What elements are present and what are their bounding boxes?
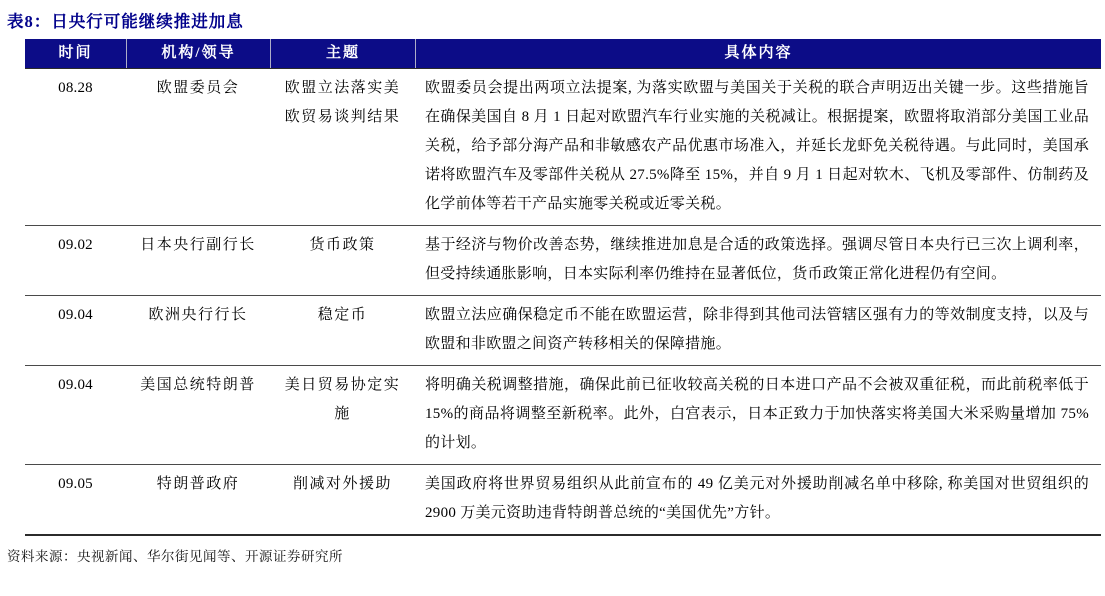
- cell-topic: 稳定币: [270, 301, 415, 359]
- events-table: 时间 机构/领导 主题 具体内容 08.28 欧盟委员会 欧盟立法落实美欧贸易谈…: [25, 39, 1101, 536]
- cell-org: 日本央行副行长: [126, 231, 270, 289]
- topic-text: 削减对外援助: [283, 470, 403, 499]
- topic-text: 稳定币: [283, 301, 403, 330]
- header-topic: 主题: [270, 39, 415, 68]
- report-table-page: 表8：日央行可能继续推进加息 时间 机构/领导 主题 具体内容 08.28 欧盟…: [0, 0, 1105, 565]
- cell-content: 将明确关税调整措施，确保此前已征收较高关税的日本进口产品不会被双重征税，而此前税…: [415, 371, 1101, 458]
- cell-date: 08.28: [25, 74, 126, 219]
- table-row: 09.04 欧洲央行行长 稳定币 欧盟立法应确保稳定币不能在欧盟运营，除非得到其…: [25, 295, 1101, 365]
- cell-topic: 美日贸易协定实施: [270, 371, 415, 458]
- cell-org: 欧洲央行行长: [126, 301, 270, 359]
- cell-org: 特朗普政府: [126, 470, 270, 528]
- source-note: 资料来源：央视新闻、华尔街见闻等、开源证券研究所: [7, 545, 1097, 565]
- topic-text: 美日贸易协定实施: [283, 371, 403, 429]
- table-row: 09.02 日本央行副行长 货币政策 基于经济与物价改善态势，继续推进加息是合适…: [25, 225, 1101, 295]
- cell-topic: 削减对外援助: [270, 470, 415, 528]
- cell-date: 09.02: [25, 231, 126, 289]
- cell-date: 09.04: [25, 371, 126, 458]
- table-title: 表8：日央行可能继续推进加息: [7, 8, 1097, 32]
- cell-content: 基于经济与物价改善态势，继续推进加息是合适的政策选择。强调尽管日本央行已三次上调…: [415, 231, 1101, 289]
- cell-org: 欧盟委员会: [126, 74, 270, 219]
- cell-topic: 欧盟立法落实美欧贸易谈判结果: [270, 74, 415, 219]
- header-content: 具体内容: [415, 39, 1101, 68]
- table-row: 09.04 美国总统特朗普 美日贸易协定实施 将明确关税调整措施，确保此前已征收…: [25, 365, 1101, 464]
- cell-date: 09.05: [25, 470, 126, 528]
- header-time: 时间: [25, 39, 126, 68]
- topic-text: 货币政策: [283, 231, 403, 260]
- table-row: 09.05 特朗普政府 削减对外援助 美国政府将世界贸易组织从此前宣布的 49 …: [25, 464, 1101, 534]
- cell-topic: 货币政策: [270, 231, 415, 289]
- header-org: 机构/领导: [126, 39, 270, 68]
- table-header-row: 时间 机构/领导 主题 具体内容: [25, 39, 1101, 68]
- table-row: 08.28 欧盟委员会 欧盟立法落实美欧贸易谈判结果 欧盟委员会提出两项立法提案…: [25, 68, 1101, 225]
- cell-org: 美国总统特朗普: [126, 371, 270, 458]
- topic-text: 欧盟立法落实美欧贸易谈判结果: [283, 74, 403, 132]
- cell-content: 欧盟委员会提出两项立法提案, 为落实欧盟与美国关于关税的联合声明迈出关键一步。这…: [415, 74, 1101, 219]
- cell-date: 09.04: [25, 301, 126, 359]
- cell-content: 美国政府将世界贸易组织从此前宣布的 49 亿美元对外援助削减名单中移除, 称美国…: [415, 470, 1101, 528]
- cell-content: 欧盟立法应确保稳定币不能在欧盟运营，除非得到其他司法管辖区强有力的等效制度支持，…: [415, 301, 1101, 359]
